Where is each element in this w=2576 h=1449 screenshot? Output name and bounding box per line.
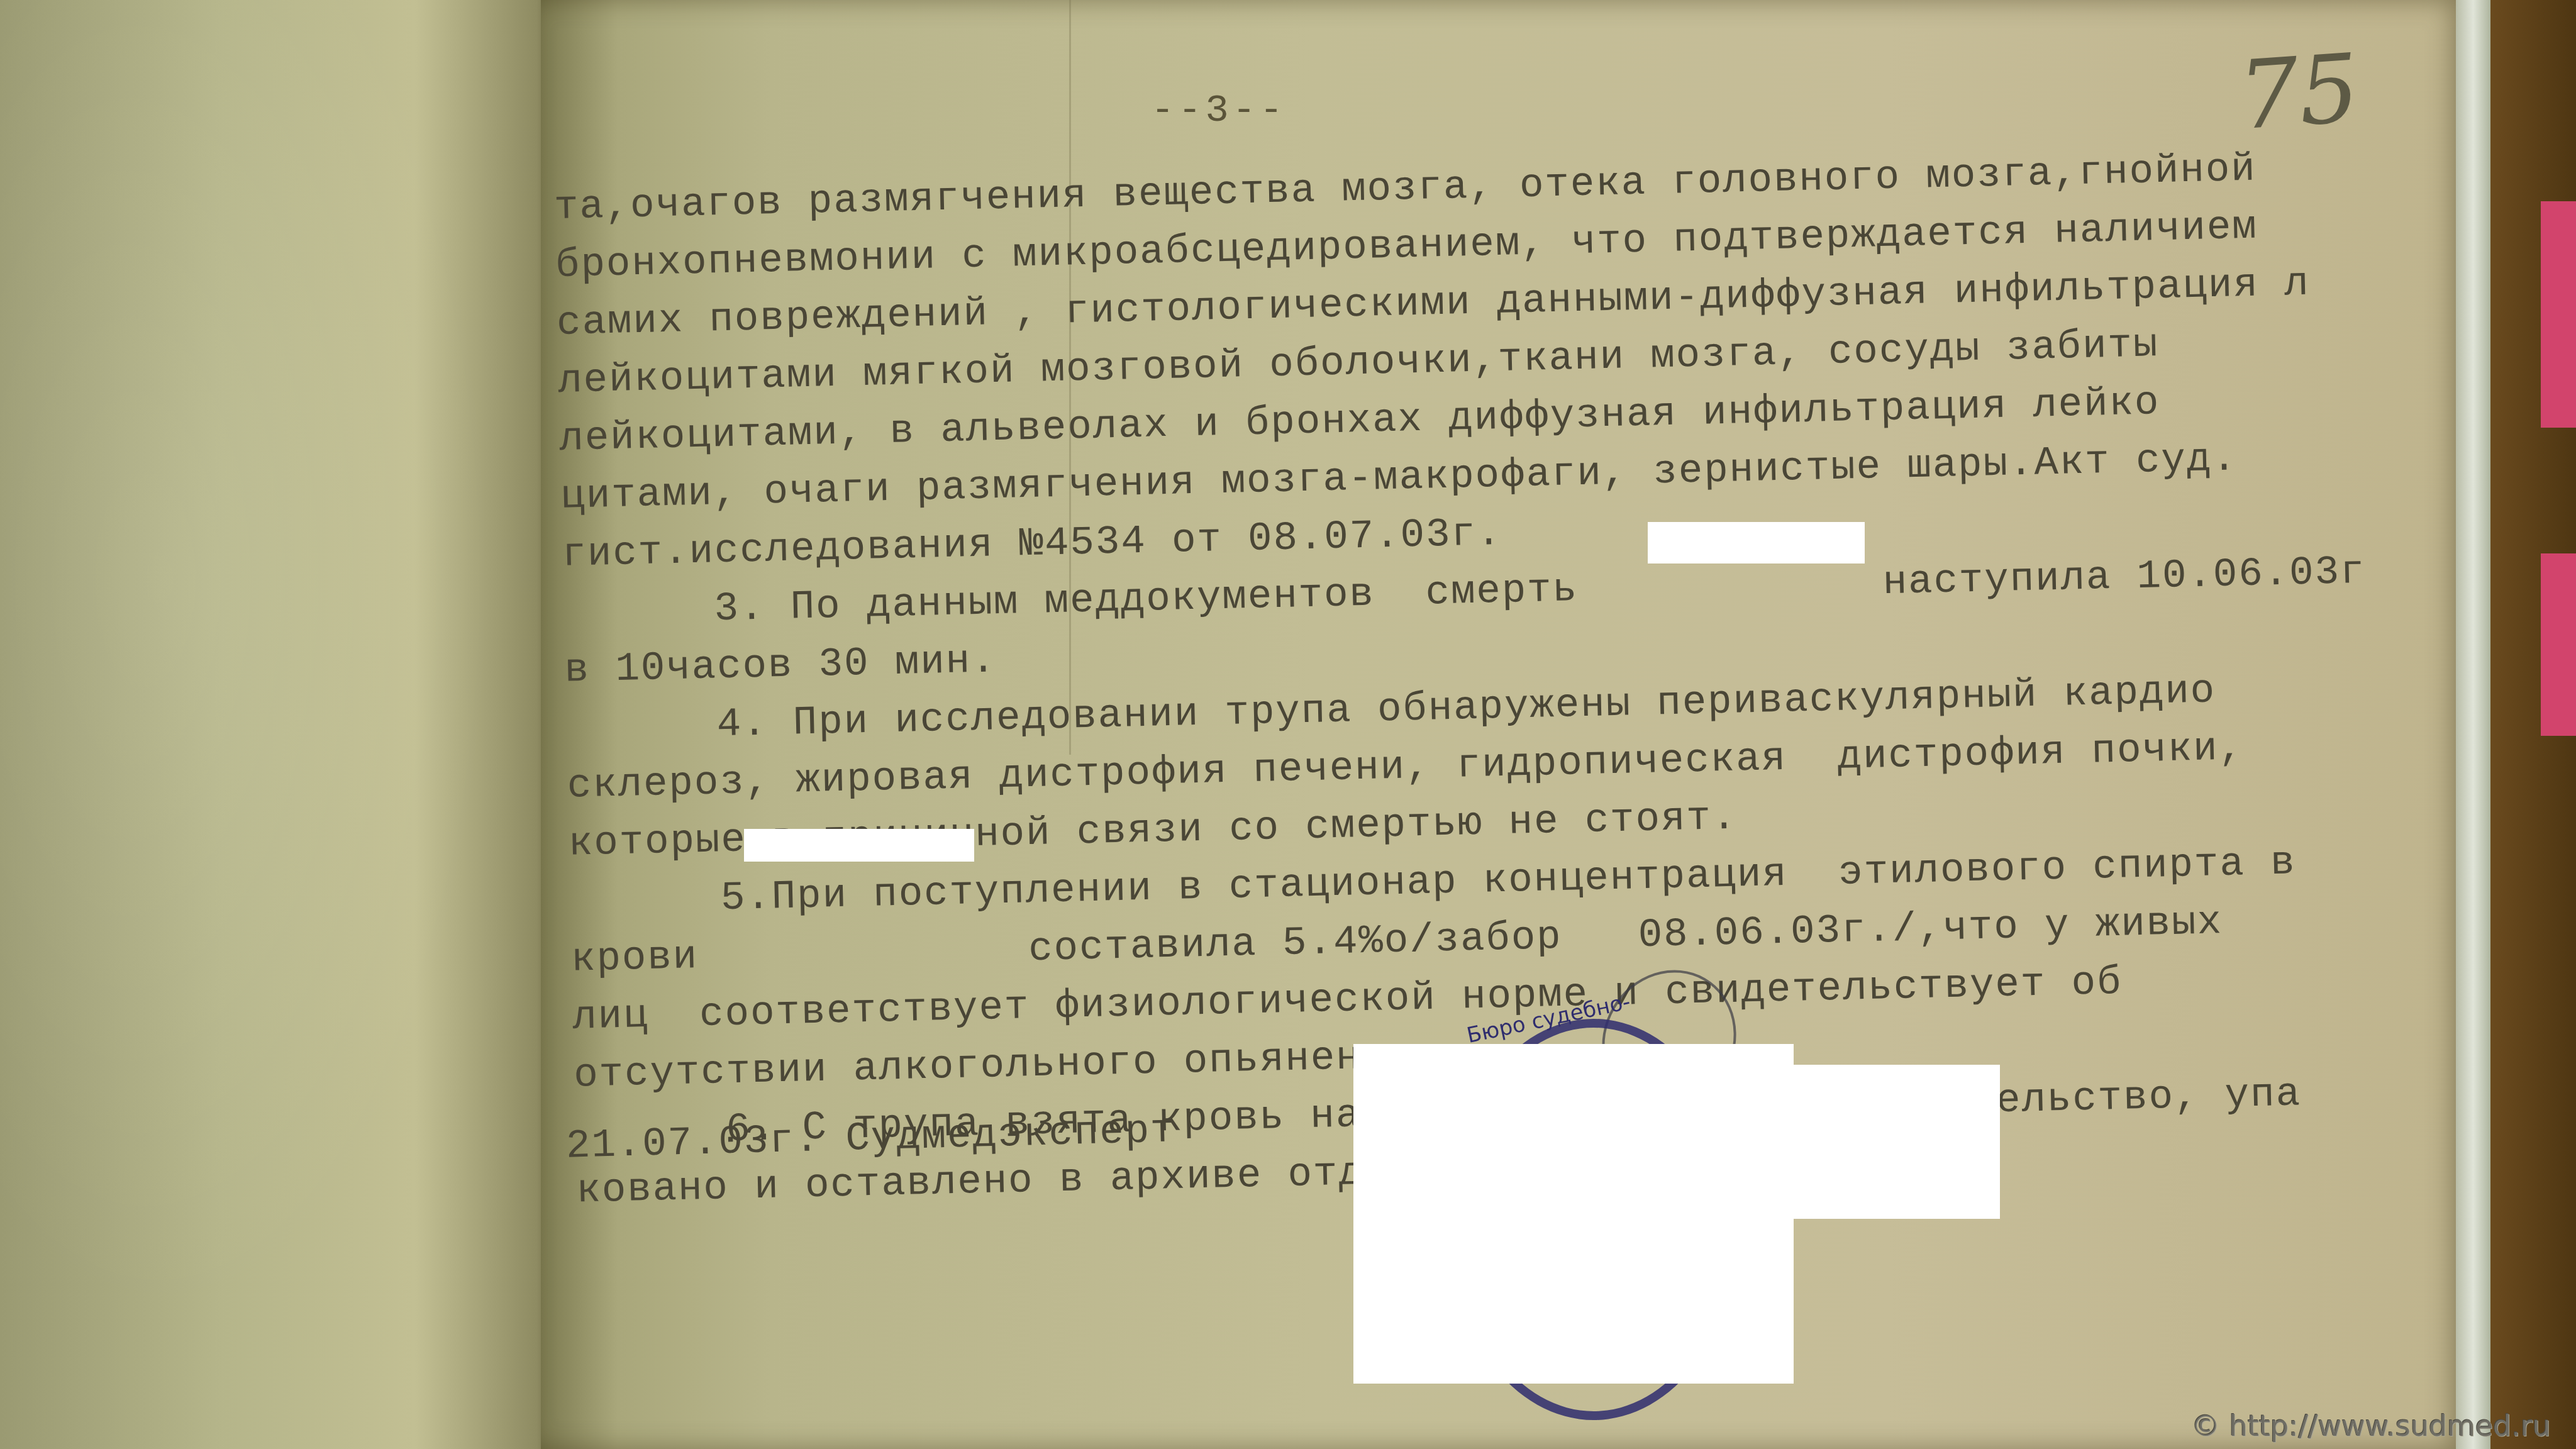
folio-number: 75	[2235, 34, 2363, 152]
redaction-box	[744, 829, 974, 862]
redaction-box	[1794, 1065, 2000, 1219]
pink-tab	[2541, 553, 2576, 736]
page-header-number: --3--	[1151, 88, 1287, 133]
page-edge	[2456, 0, 2490, 1449]
redaction-box	[1353, 1044, 1794, 1384]
pink-tab	[2541, 201, 2576, 428]
watermark: © http://www.sudmed.ru	[2191, 1409, 2551, 1443]
left-page	[0, 0, 553, 1449]
redaction-box	[1648, 522, 1865, 563]
